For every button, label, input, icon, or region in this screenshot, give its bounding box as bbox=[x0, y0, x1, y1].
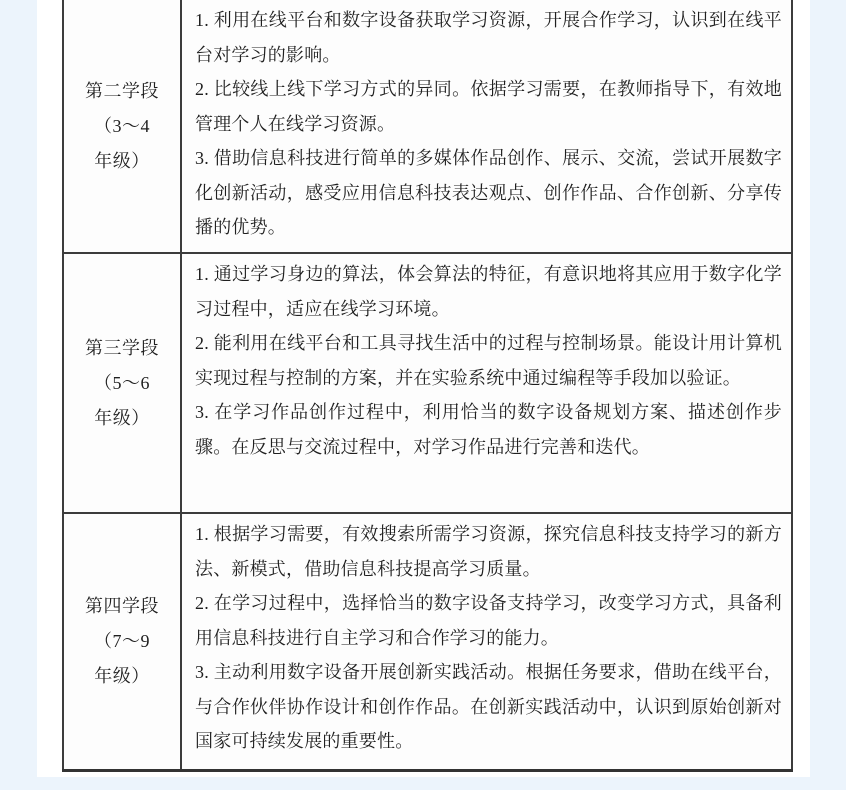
table-row: 第三学段（5～6年级）1. 通过学习身边的算法，体会算法的特征，有意识地将其应用… bbox=[63, 253, 792, 513]
content-item: 1. 通过学习身边的算法，体会算法的特征，有意识地将其应用于数字化学习过程中，适… bbox=[195, 257, 782, 326]
page-margin-bottom bbox=[0, 777, 846, 790]
stage-line: 第四学段 bbox=[64, 589, 180, 624]
stage-cell: 第二学段（3～4年级） bbox=[63, 0, 181, 253]
content-cell: 1. 通过学习身边的算法，体会算法的特征，有意识地将其应用于数字化学习过程中，适… bbox=[181, 253, 792, 513]
stage-line: （3～4 bbox=[64, 109, 180, 144]
content-item: 3. 在学习作品创作过程中，利用恰当的数字设备规划方案、描述创作步骤。在反思与交… bbox=[195, 395, 782, 464]
content-cell: 1. 根据学习需要，有效搜索所需学习资源，探究信息科技支持学习的新方法、新模式，… bbox=[181, 513, 792, 770]
stage-line: 第二学段 bbox=[64, 74, 180, 109]
content-item: 1. 根据学习需要，有效搜索所需学习资源，探究信息科技支持学习的新方法、新模式，… bbox=[195, 517, 782, 586]
table-row: 第二学段（3～4年级）1. 利用在线平台和数字设备获取学习资源，开展合作学习，认… bbox=[63, 0, 792, 253]
stage-line: （5～6 bbox=[64, 366, 180, 401]
content-item: 3. 主动利用数字设备开展创新实践活动。根据任务要求，借助在线平台，与合作伙伴协… bbox=[195, 655, 782, 759]
stage-cell: 第四学段（7～9年级） bbox=[63, 513, 181, 770]
stage-line: （7～9 bbox=[64, 624, 180, 659]
content-cell: 1. 利用在线平台和数字设备获取学习资源，开展合作学习，认识到在线平台对学习的影… bbox=[181, 0, 792, 253]
page-margin-left bbox=[0, 0, 37, 790]
stage-line: 年级） bbox=[64, 659, 180, 694]
content-item: 2. 比较线上线下学习方式的异同。依据学习需要，在教师指导下，有效地管理个人在线… bbox=[195, 72, 782, 141]
stage-line: 第三学段 bbox=[64, 331, 180, 366]
stage-cell: 第三学段（5～6年级） bbox=[63, 253, 181, 513]
content-item: 3. 借助信息科技进行简单的多媒体作品创作、展示、交流，尝试开展数字化创新活动，… bbox=[195, 141, 782, 245]
page-margin-right bbox=[810, 0, 846, 790]
content-item: 2. 在学习过程中，选择恰当的数字设备支持学习，改变学习方式，具备利用信息科技进… bbox=[195, 586, 782, 655]
stage-line: 年级） bbox=[64, 144, 180, 179]
content-item: 2. 能利用在线平台和工具寻找生活中的过程与控制场景。能设计用计算机实现过程与控… bbox=[195, 326, 782, 395]
curriculum-table: 第二学段（3～4年级）1. 利用在线平台和数字设备获取学习资源，开展合作学习，认… bbox=[62, 0, 793, 772]
curriculum-table-body: 第二学段（3～4年级）1. 利用在线平台和数字设备获取学习资源，开展合作学习，认… bbox=[63, 0, 792, 770]
content-item: 1. 利用在线平台和数字设备获取学习资源，开展合作学习，认识到在线平台对学习的影… bbox=[195, 3, 782, 72]
table-row: 第四学段（7～9年级）1. 根据学习需要，有效搜索所需学习资源，探究信息科技支持… bbox=[63, 513, 792, 770]
stage-line: 年级） bbox=[64, 401, 180, 436]
